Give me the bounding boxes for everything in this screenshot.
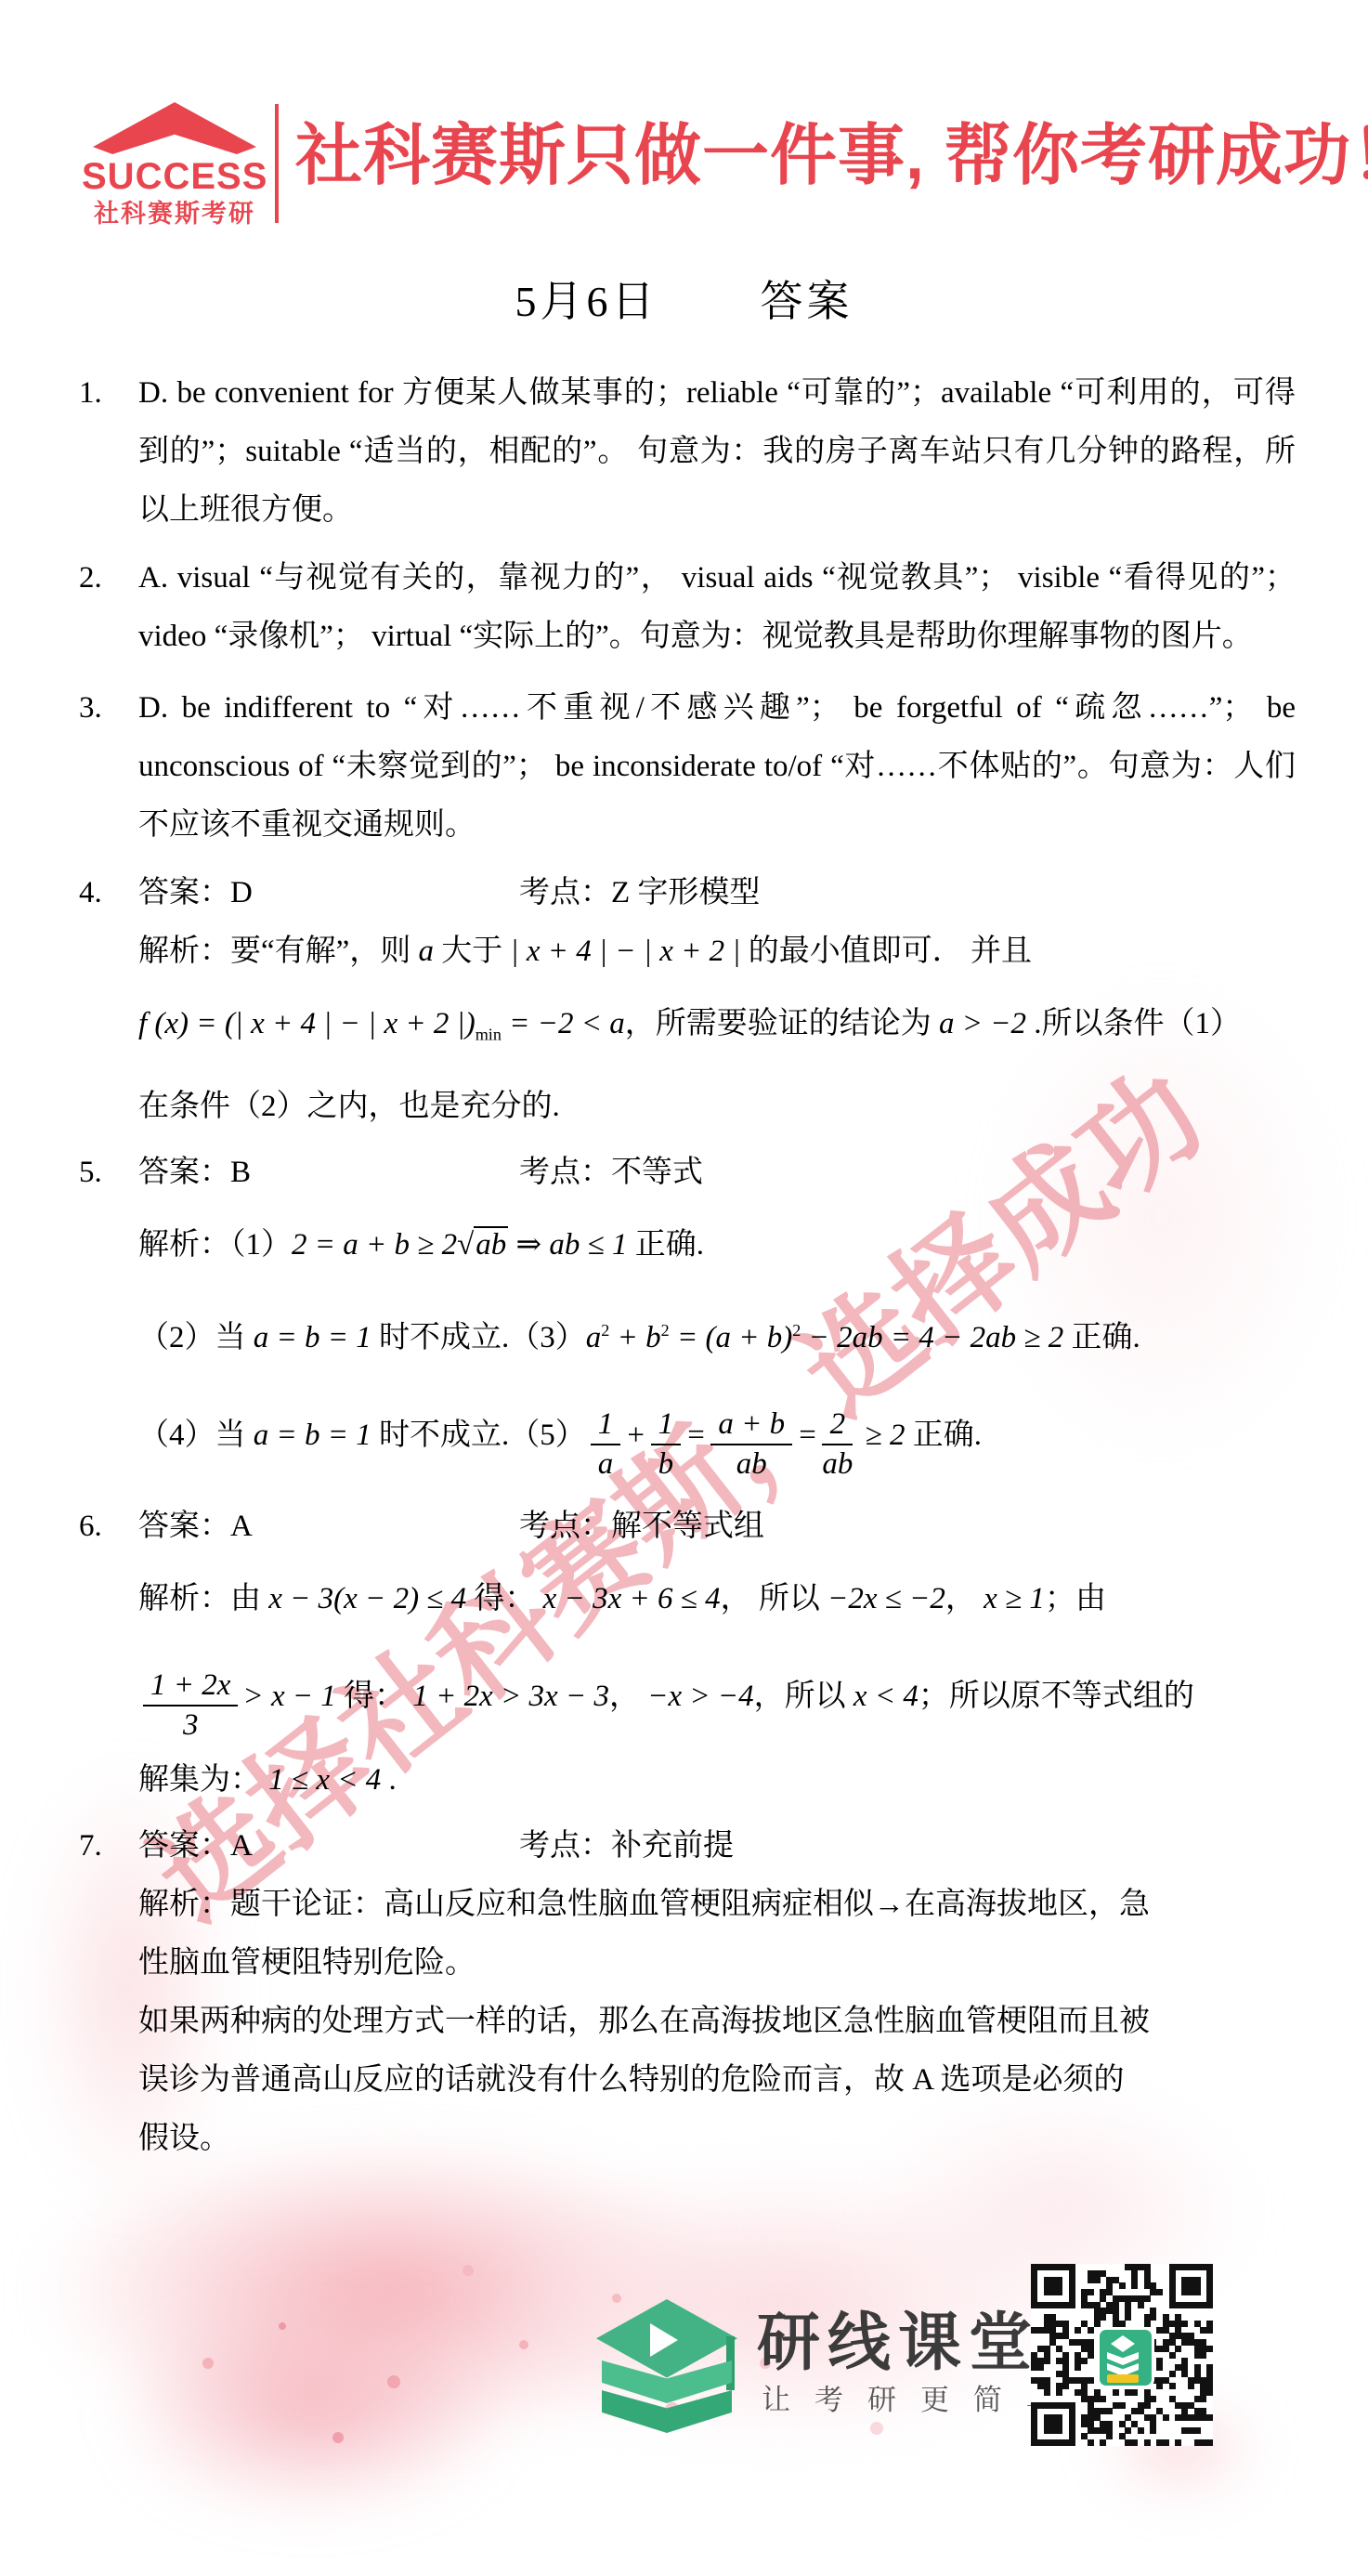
- formula-line: （2）当 a = b = 1 时不成立.（3）a2 + b2 = (a + b)…: [138, 1288, 1296, 1380]
- analysis-line: 解集为： 1 ≤ x < 4 .: [138, 1751, 1296, 1810]
- denominator: ab: [710, 1445, 792, 1482]
- qr-center-logo: [1097, 2327, 1154, 2388]
- answer-row: 答案：A 考点：解不等式组: [138, 1497, 1296, 1556]
- answer-item-1: 1. D. be convenient for 方便某人做某事的；reliabl…: [79, 364, 1296, 540]
- answer-row: 答案：D 考点：Z 字形模型: [138, 864, 1296, 922]
- play-icon: [650, 2323, 678, 2357]
- point: 考点：Z 字形模型: [519, 864, 760, 922]
- fraction: 1b: [651, 1407, 682, 1482]
- answer-item-6: 6. 答案：A 考点：解不等式组 解析：由 x − 3(x − 2) ≤ 4 得…: [79, 1497, 1296, 1810]
- analysis-line: 假设。: [138, 2110, 1296, 2168]
- analysis-text: 时不成立.（3）: [371, 1321, 586, 1354]
- numerator: 2: [822, 1407, 853, 1445]
- math-run: x < 4: [853, 1680, 919, 1713]
- answer-value: D: [230, 876, 253, 909]
- math-run: − 2ab = 4 − 2ab ≥ 2: [801, 1321, 1071, 1354]
- analysis-text: 解析：题干论证：高山反应和急性脑血管梗阻病症相似→在高海拔地区，急: [138, 1888, 1150, 1921]
- math-operator: =: [685, 1419, 706, 1452]
- footer: 研线课堂 让考研更简单: [0, 2257, 1368, 2576]
- superscript: 2: [792, 1321, 801, 1340]
- item-text: A. visual “与视觉有关的，靠视力的”， visual aids “视觉…: [138, 561, 1296, 653]
- answer-item-7: 7. 答案：A 考点：补充前提 解析：题干论证：高山反应和急性脑血管梗阻病症相似…: [79, 1817, 1296, 2168]
- formula-line: （4）当 a = b = 1 时不成立.（5）1a+1b=a + bab=2ab…: [138, 1380, 1296, 1490]
- analysis-line: 解析：题干论证：高山反应和急性脑血管梗阻病症相似→在高海拔地区，急: [138, 1876, 1296, 1934]
- page-title: 5月6日答案: [0, 268, 1368, 329]
- qr-logo-diamond: [1111, 2335, 1135, 2352]
- analysis-text: ，: [609, 1680, 647, 1713]
- item-number: 6.: [79, 1497, 102, 1556]
- numerator: 1 + 2x: [143, 1668, 238, 1706]
- analysis-line: 解析：要“有解”，则 a 大于 | x + 4 | − | x + 2 | 的最…: [138, 922, 1296, 981]
- analysis-text: 正确.: [913, 1419, 982, 1452]
- analysis-text: 大于: [434, 935, 511, 968]
- math-run: + b: [609, 1321, 660, 1354]
- answer-row: 答案：A 考点：补充前提: [138, 1817, 1296, 1876]
- point-label: 考点：: [519, 876, 611, 909]
- superscript: 2: [601, 1321, 609, 1340]
- analysis-line: 性脑血管梗阻特别危险。: [138, 1934, 1296, 1993]
- math-operator: +: [625, 1419, 645, 1452]
- math-run: a: [586, 1321, 602, 1354]
- analysis-text: ， 所以: [721, 1582, 828, 1615]
- item-number: 1.: [79, 364, 102, 423]
- math-run: ≥ 2: [857, 1419, 912, 1452]
- radical-sign: √: [457, 1228, 474, 1262]
- analysis-text: 解析：要“有解”，则: [138, 935, 419, 968]
- denominator: b: [651, 1445, 682, 1482]
- roof-icon: [93, 102, 256, 154]
- analysis-text: ；由: [1045, 1582, 1106, 1615]
- answer-label: 答案：: [138, 876, 230, 909]
- analysis-text: 得：: [466, 1582, 543, 1615]
- brand-text: SUCCESS: [82, 156, 267, 197]
- item-number: 4.: [79, 864, 102, 922]
- analysis-text: 如果两种病的处理方式一样的话，那么在高海拔地区急性脑血管梗阻而且被: [138, 2005, 1150, 2038]
- analysis-text: 性脑血管梗阻特别危险。: [138, 1946, 476, 1980]
- qr-logo-chevron: [1107, 2352, 1139, 2365]
- math-run: a = b = 1: [254, 1419, 371, 1452]
- success-logo: SUCCESS 社科赛斯考研: [82, 102, 267, 229]
- math-run: a = b = 1: [254, 1321, 371, 1354]
- subscript-min: min: [476, 1026, 502, 1044]
- analysis-text: 假设。: [138, 2122, 230, 2155]
- answer-label: 答案：: [138, 1829, 230, 1863]
- math-run: −2x ≤ −2: [827, 1582, 945, 1615]
- answer-list: 1. D. be convenient for 方便某人做某事的；reliabl…: [79, 364, 1296, 2176]
- title-date: 5月6日: [515, 278, 658, 325]
- item-number: 3.: [79, 679, 102, 738]
- answer-item-4: 4. 答案：D 考点：Z 字形模型 解析：要“有解”，则 a 大于 | x + …: [79, 864, 1296, 1136]
- banner-slogan: 社科赛斯只做一件事, 帮你考研成功！: [295, 110, 1308, 203]
- point-label: 考点：: [519, 1510, 611, 1543]
- answer-value: A: [230, 1510, 253, 1543]
- fraction: 2ab: [822, 1407, 853, 1482]
- math-run: 1 ≤ x < 4: [268, 1763, 381, 1797]
- analysis-text: 正确.: [1072, 1321, 1140, 1354]
- fraction: a + bab: [710, 1407, 792, 1482]
- page: SUCCESS 社科赛斯考研 社科赛斯只做一件事, 帮你考研成功！ 5月6日答案…: [0, 0, 1368, 2576]
- analysis-text: ，所需要验证的结论为: [625, 1007, 939, 1040]
- math-run: a: [419, 935, 435, 968]
- item-text: D. be indifferent to “对……不重视/不感兴趣”； be f…: [138, 691, 1296, 842]
- analysis-text: 得：: [336, 1680, 413, 1713]
- numerator: 1: [591, 1407, 621, 1445]
- analysis-line: 误诊为普通高山反应的话就没有什么特别的危险而言，故 A 选项是必须的: [138, 2051, 1296, 2110]
- math-run: a > −2: [939, 1007, 1026, 1040]
- fraction: 1a: [591, 1407, 621, 1482]
- answer-value: A: [230, 1829, 253, 1863]
- analysis-text: （2）当: [138, 1321, 254, 1354]
- math-run: | x + 4 | − | x + 2 |: [511, 935, 741, 968]
- item-number: 5.: [79, 1144, 102, 1202]
- answer-row: 答案：B 考点：不等式: [138, 1144, 1296, 1202]
- point-value: 补充前提: [611, 1829, 734, 1863]
- yanxian-logo: [596, 2299, 745, 2448]
- analysis-line: 解析：由 x − 3(x − 2) ≤ 4 得： x − 3x + 6 ≤ 4，…: [138, 1556, 1296, 1641]
- item-text: D. be convenient for 方便某人做某事的；reliable “…: [138, 376, 1296, 527]
- radicand: ab: [474, 1226, 508, 1262]
- math-run: = −2 < a: [502, 1007, 625, 1040]
- superscript: 2: [661, 1321, 670, 1340]
- math-run: −x > −4: [647, 1680, 753, 1713]
- item-number: 7.: [79, 1817, 102, 1876]
- point-value: 解不等式组: [611, 1510, 764, 1543]
- math-run: 1 + 2x > 3x − 3: [412, 1680, 609, 1713]
- denominator: a: [591, 1445, 621, 1482]
- fraction: 1 + 2x3: [143, 1668, 238, 1743]
- point-label: 考点：: [519, 1156, 611, 1189]
- answer-label: 答案：: [138, 1156, 230, 1189]
- point-value: 不等式: [611, 1156, 703, 1189]
- answer-item-3: 3. D. be indifferent to “对……不重视/不感兴趣”； b…: [79, 679, 1296, 855]
- analysis-text: .: [381, 1763, 397, 1797]
- math-run: = (a + b): [670, 1321, 793, 1354]
- title-label: 答案: [761, 278, 853, 325]
- analysis-text: 解析：由: [138, 1582, 268, 1615]
- denominator: 3: [143, 1706, 238, 1743]
- header-banner: SUCCESS 社科赛斯考研 社科赛斯只做一件事, 帮你考研成功！: [0, 0, 1368, 251]
- math-run: ⇒ ab ≤ 1: [508, 1228, 635, 1262]
- analysis-text: 正确.: [635, 1228, 704, 1262]
- numerator: a + b: [710, 1407, 792, 1445]
- analysis-text: .所以条件（1）: [1026, 1007, 1241, 1040]
- qr-code: [1031, 2264, 1213, 2446]
- answer-value: B: [230, 1156, 251, 1189]
- analysis-text: 解集为：: [138, 1763, 268, 1797]
- footer-brand: 研线课堂: [757, 2293, 1039, 2383]
- numerator: 1: [651, 1407, 682, 1445]
- analysis-text: 解析：（1）: [138, 1228, 292, 1262]
- point: 考点：补充前提: [519, 1817, 734, 1876]
- analysis-line: 如果两种病的处理方式一样的话，那么在高海拔地区急性脑血管梗阻而且被: [138, 1993, 1296, 2051]
- math-run: f (x) = (| x + 4 | − | x + 2 |): [138, 1007, 476, 1040]
- point-value: Z 字形模型: [611, 876, 760, 909]
- math-run: 2 = a + b ≥ 2: [292, 1228, 457, 1262]
- analysis-text: ，: [945, 1582, 984, 1615]
- math-operator: =: [797, 1419, 817, 1452]
- analysis-text: 误诊为普通高山反应的话就没有什么特别的危险而言，故 A 选项是必须的: [138, 2063, 1125, 2097]
- math-run: x − 3(x − 2) ≤ 4: [268, 1582, 466, 1615]
- point: 考点：解不等式组: [519, 1497, 764, 1556]
- analysis-text: 的最小值即可． 并且: [740, 935, 1032, 968]
- analysis-text: ；所以原不等式组的: [919, 1680, 1194, 1713]
- item-number: 2.: [79, 549, 102, 608]
- divider: [275, 104, 279, 223]
- analysis-text: 时不成立.（5）: [371, 1419, 586, 1452]
- formula-line: 1 + 2x3> x − 1 得： 1 + 2x > 3x − 3， −x > …: [138, 1641, 1296, 1751]
- analysis-text: ，所以: [754, 1680, 853, 1713]
- qr-logo-base: [1107, 2374, 1139, 2383]
- denominator: ab: [822, 1445, 853, 1482]
- brand-subtitle: 社科赛斯考研: [82, 199, 267, 229]
- point-label: 考点：: [519, 1829, 611, 1863]
- answer-label: 答案：: [138, 1510, 230, 1543]
- analysis-text: 在条件（2）之内，也是充分的.: [138, 1090, 560, 1123]
- analysis-line: 在条件（2）之内，也是充分的.: [138, 1078, 1296, 1136]
- math-run: > x − 1: [242, 1680, 335, 1713]
- formula-line: f (x) = (| x + 4 | − | x + 2 |)min = −2 …: [138, 981, 1296, 1078]
- answer-item-2: 2. A. visual “与视觉有关的，靠视力的”， visual aids …: [79, 549, 1296, 666]
- sqrt-expression: √ab: [457, 1226, 508, 1262]
- math-run: x ≥ 1: [984, 1582, 1045, 1615]
- formula-line: 解析：（1）2 = a + b ≥ 2√ab ⇒ ab ≤ 1 正确.: [138, 1202, 1296, 1288]
- point: 考点：不等式: [519, 1144, 703, 1202]
- math-run: x − 3x + 6 ≤ 4: [543, 1582, 721, 1615]
- answer-item-5: 5. 答案：B 考点：不等式 解析：（1）2 = a + b ≥ 2√ab ⇒ …: [79, 1144, 1296, 1490]
- analysis-text: （4）当: [138, 1419, 254, 1452]
